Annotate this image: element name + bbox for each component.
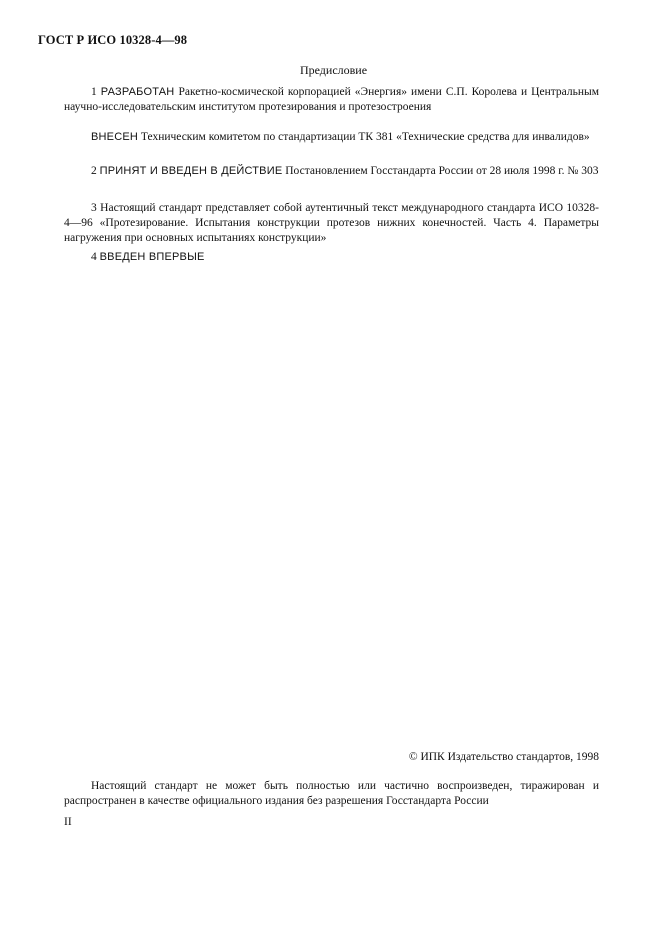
notice-text: Настоящий стандарт не может быть полност… [64,780,599,807]
document-code-header: ГОСТ Р ИСО 10328-4—98 [38,33,187,48]
item-heading: ПРИНЯТ И ВВЕДЕН В ДЕЙСТВИЕ [100,165,283,177]
page-number: II [64,816,72,828]
reproduction-notice: Настоящий стандарт не может быть полност… [64,779,599,809]
item-heading: ВНЕСЕН [91,131,138,143]
item-number: 3 [91,202,97,214]
item-number: 4 [91,251,97,263]
foreword-item-1: 1 РАЗРАБОТАН Ракетно-космической корпора… [64,85,599,115]
item-heading: ВВЕДЕН ВПЕРВЫЕ [100,251,205,263]
foreword-item-2: 2 ПРИНЯТ И ВВЕДЕН В ДЕЙСТВИЕ Постановлен… [64,164,599,179]
item-text: Постановлением Госстандарта России от 28… [282,165,598,177]
item-number: 2 [91,165,97,177]
foreword-item-introduced: ВНЕСЕН Техническим комитетом по стандарт… [64,130,599,145]
item-number: 1 [91,86,97,98]
item-text: Техническим комитетом по стандартизации … [138,131,590,143]
copyright-notice: © ИПК Издательство стандартов, 1998 [409,751,599,763]
item-text: Настоящий стандарт представляет собой ау… [64,202,599,244]
foreword-item-3: 3 Настоящий стандарт представляет собой … [64,201,599,246]
item-heading: РАЗРАБОТАН [101,86,175,98]
section-title: Предисловие [0,63,661,78]
foreword-item-4: 4 ВВЕДЕН ВПЕРВЫЕ [64,250,599,265]
